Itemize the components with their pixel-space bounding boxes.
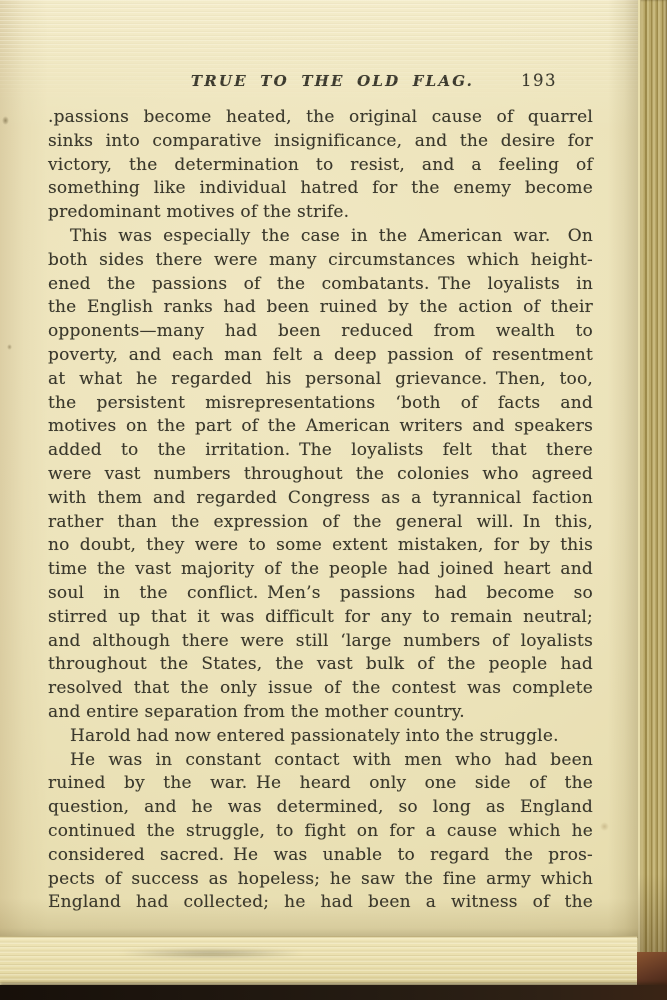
bottom-dark-edge	[0, 985, 667, 1000]
paragraph: He was in constant contact with men who …	[48, 749, 593, 916]
text-line: and entire separation from the mother co…	[48, 701, 593, 725]
book-page-scan: TRUE TO THE OLD FLAG. 193 .passions beco…	[0, 0, 667, 1000]
page-title: TRUE TO THE OLD FLAG.	[48, 72, 593, 90]
text-line: poverty, and each man felt a deep passio…	[48, 344, 593, 368]
text-line: both sides there were many circumstances…	[48, 249, 593, 273]
text-line: victory, the determination to resist, an…	[48, 154, 593, 178]
text-line: He was in constant contact with men who …	[48, 749, 593, 773]
text-line: something like individual hatred for the…	[48, 177, 593, 201]
bottom-page-stack	[0, 936, 637, 985]
page-curl-shadow	[608, 0, 638, 1000]
text-line: were vast numbers throughout the colonie…	[48, 463, 593, 487]
text-line: no doubt, they were to some extent mista…	[48, 534, 593, 558]
page-number: 193	[521, 71, 557, 90]
paper-speck	[2, 116, 9, 125]
text-line: predominant motives of the strife.	[48, 201, 593, 225]
text-line: rather than the expression of the genera…	[48, 511, 593, 535]
text-line: motives on the part of the American writ…	[48, 415, 593, 439]
text-line: stirred up that it was difficult for any…	[48, 606, 593, 630]
text-line: Harold had now entered passionately into…	[48, 725, 593, 749]
page-edge-smudge	[86, 947, 336, 960]
text-line: considered sacred. He was unable to rega…	[48, 844, 593, 868]
text-line: the persistent misrepresentations ‘both …	[48, 392, 593, 416]
text-line: opponents—many had been reduced from wea…	[48, 320, 593, 344]
fore-edge-page-stripes	[638, 0, 667, 964]
text-line: added to the irritation. The loyalists f…	[48, 439, 593, 463]
paragraph: .passions become heated, the original ca…	[48, 106, 593, 225]
running-header: TRUE TO THE OLD FLAG. 193	[48, 72, 593, 96]
text-line: resolved that the only issue of the cont…	[48, 677, 593, 701]
text-line: pects of success as hopeless; he saw the…	[48, 868, 593, 892]
text-line: ened the passions of the combatants. The…	[48, 273, 593, 297]
text-line: ruined by the war. He heard only one sid…	[48, 772, 593, 796]
text-line: and although there were still ‘large num…	[48, 630, 593, 654]
text-line: time the vast majority of the people had…	[48, 558, 593, 582]
text-line: This was especially the case in the Amer…	[48, 225, 593, 249]
paragraph: Harold had now entered passionately into…	[48, 725, 593, 749]
text-line: continued the struggle, to fight on for …	[48, 820, 593, 844]
paper-speck	[600, 822, 609, 831]
text-line: .passions become heated, the original ca…	[48, 106, 593, 130]
paper-speck	[7, 344, 12, 350]
text-line: with them and regarded Congress as a tyr…	[48, 487, 593, 511]
text-line: England had collected; he had been a wit…	[48, 891, 593, 915]
text-line: soul in the conflict. Men’s passions had…	[48, 582, 593, 606]
text-line: throughout the States, the vast bulk of …	[48, 653, 593, 677]
text-line: the English ranks had been ruined by the…	[48, 296, 593, 320]
text-line: question, and he was determined, so long…	[48, 796, 593, 820]
body-text: .passions become heated, the original ca…	[48, 106, 593, 915]
paragraph: This was especially the case in the Amer…	[48, 225, 593, 725]
text-line: at what he regarded his personal grievan…	[48, 368, 593, 392]
text-line: sinks into comparative insignificance, a…	[48, 130, 593, 154]
